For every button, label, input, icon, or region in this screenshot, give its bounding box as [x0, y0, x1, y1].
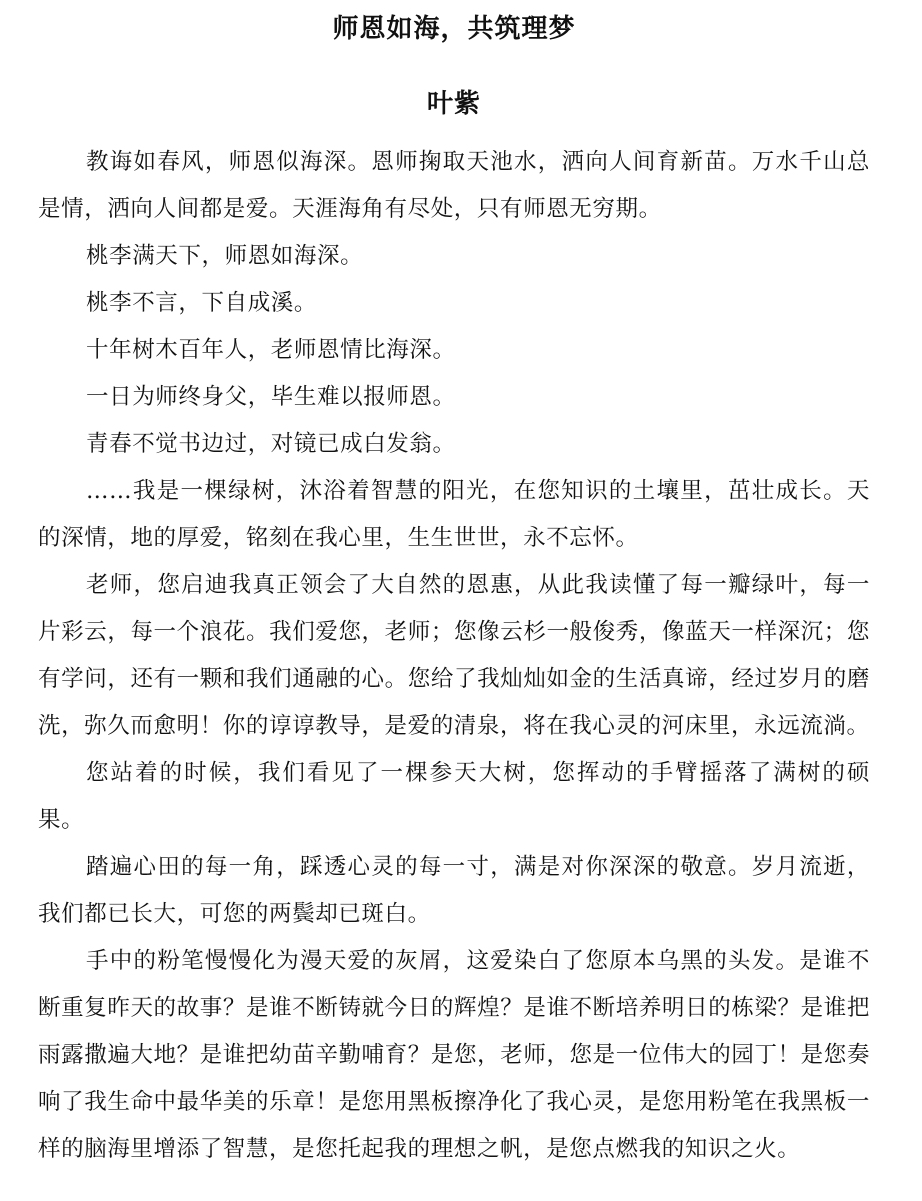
document-author: 叶紫: [38, 44, 870, 119]
document-page: 师恩如海，共筑理梦 叶紫 教诲如春风，师恩似海深。恩师掬取天池水，洒向人间育新苗…: [0, 0, 922, 1201]
paragraph: 桃李不言，下自成溪。: [38, 280, 870, 327]
paragraph: 老师，您启迪我真正领会了大自然的恩惠，从此我读懂了每一瓣绿叶，每一片彩云，每一个…: [38, 562, 870, 750]
document-title: 师恩如海，共筑理梦: [38, 0, 870, 44]
paragraph: 教诲如春风，师恩似海深。恩师掬取天池水，洒向人间育新苗。万水千山总是情，洒向人间…: [38, 139, 870, 233]
paragraph: 十年树木百年人，老师恩情比海深。: [38, 327, 870, 374]
paragraph: 您站着的时候，我们看见了一棵参天大树，您挥动的手臂摇落了满树的硕果。: [38, 750, 870, 844]
document-body: 教诲如春风，师恩似海深。恩师掬取天池水，洒向人间育新苗。万水千山总是情，洒向人间…: [38, 139, 870, 1173]
paragraph: 青春不觉书边过，对镜已成白发翁。: [38, 421, 870, 468]
paragraph: 手中的粉笔慢慢化为漫天爱的灰屑，这爱染白了您原本乌黑的头发。是谁不断重复昨天的故…: [38, 938, 870, 1173]
paragraph: ……我是一棵绿树，沐浴着智慧的阳光，在您知识的土壤里，茁壮成长。天的深情，地的厚…: [38, 468, 870, 562]
paragraph: 桃李满天下，师恩如海深。: [38, 233, 870, 280]
paragraph: 一日为师终身父，毕生难以报师恩。: [38, 374, 870, 421]
paragraph: 踏遍心田的每一角，踩透心灵的每一寸，满是对你深深的敬意。岁月流逝，我们都已长大，…: [38, 844, 870, 938]
